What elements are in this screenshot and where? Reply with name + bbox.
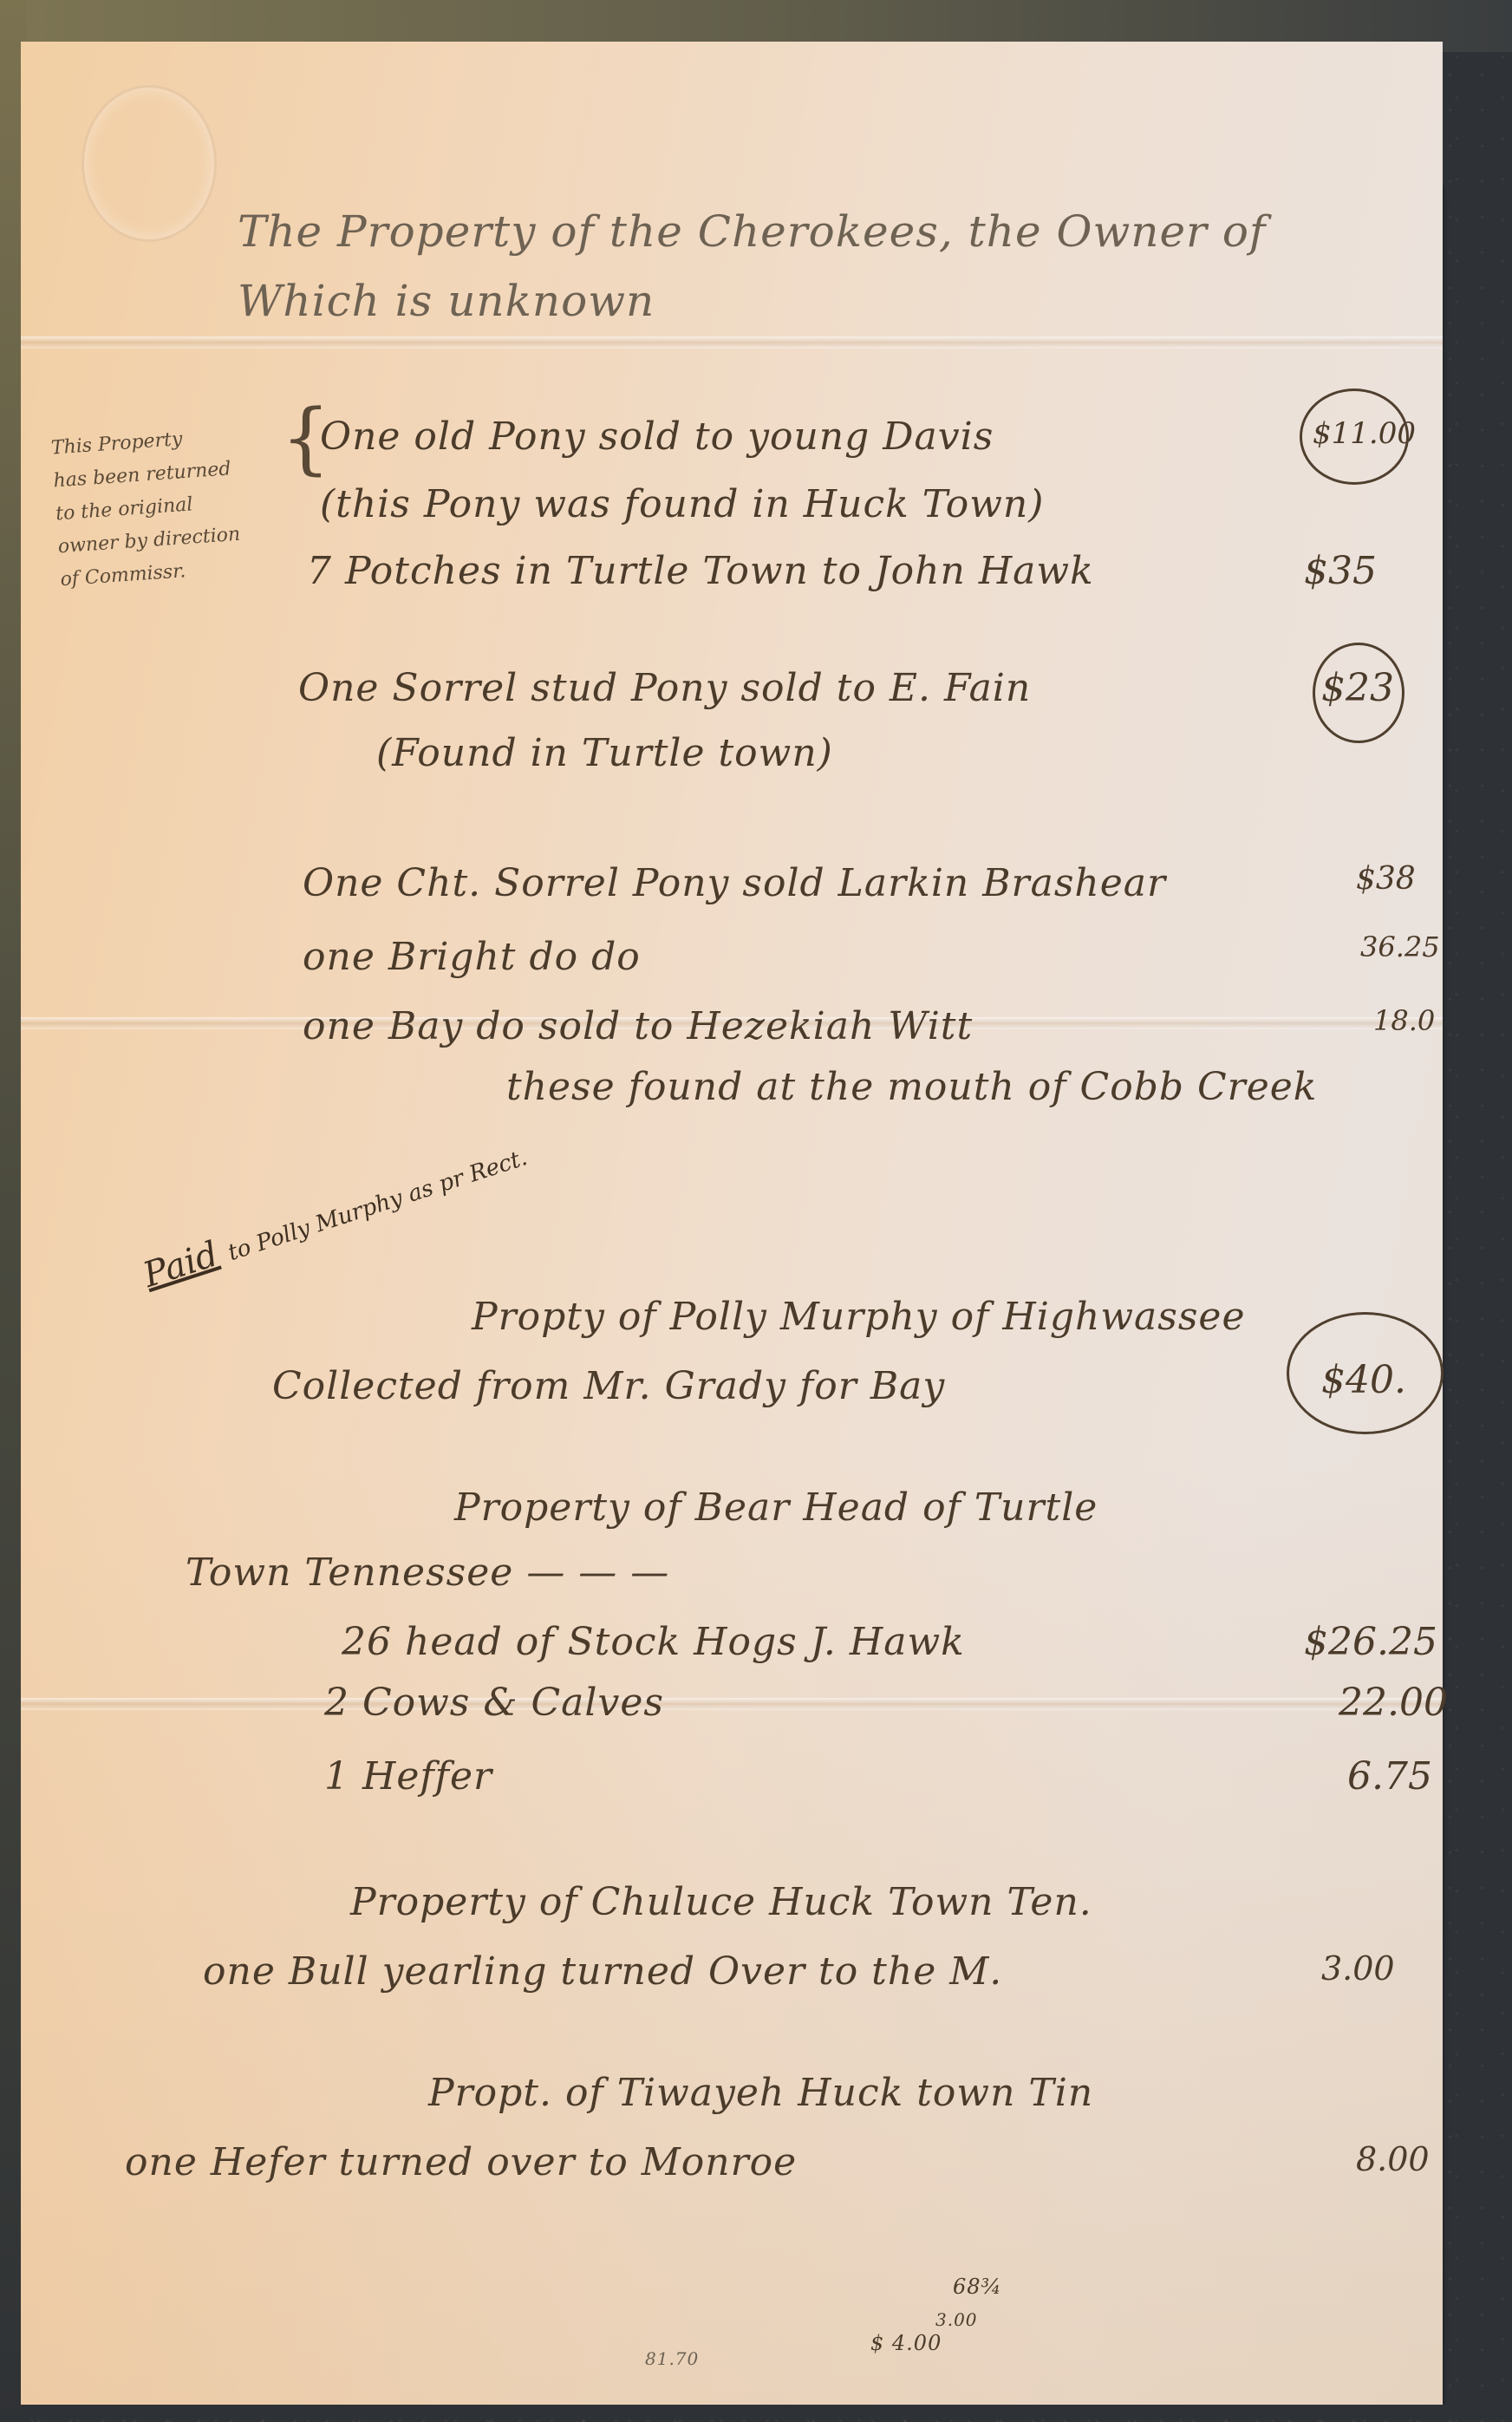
amount-circle: [1313, 643, 1404, 743]
entry-text: one Bright do do: [303, 935, 641, 979]
section-heading: Town Tennessee — — —: [186, 1550, 669, 1595]
entry-text: 7 Potches in Turtle Town to John Hawk: [307, 549, 1094, 593]
entry-text: Propty of Polly Murphy of Highwassee: [472, 1295, 1246, 1339]
entry-amount: 36.25: [1360, 930, 1440, 963]
entry-text: One old Pony sold to young Davis: [320, 415, 994, 459]
entry-text: One Sorrel stud Pony sold to E. Fain: [298, 666, 1031, 710]
list-item: one Bull yearling turned Over to the M.: [203, 1949, 1002, 1994]
entry-amount: 8.00: [1356, 2140, 1430, 2178]
embossed-seal-icon: [81, 85, 217, 242]
entry-text: one Bay do sold to Hezekiah Witt: [303, 1004, 973, 1048]
entry-text: (Found in Turtle town): [376, 731, 833, 775]
fold-line: [21, 336, 1443, 349]
heading-line-1: The Property of the Cherokees, the Owner…: [238, 206, 1266, 257]
entry-amount: 6.75: [1347, 1754, 1432, 1799]
list-item: 26 head of Stock Hogs J. Hawk: [342, 1620, 965, 1664]
entry-amount: $26.25: [1304, 1620, 1437, 1664]
entry-amount: $35: [1304, 549, 1377, 593]
section-heading: Property of Bear Head of Turtle: [454, 1485, 1098, 1530]
list-item: 2 Cows & Calves: [324, 1681, 664, 1725]
pencil-calc-left: 81.70: [645, 2348, 699, 2369]
entry-text: Collected from Mr. Grady for Bay: [272, 1364, 945, 1408]
heading-line-2: Which is unknown: [238, 276, 655, 326]
entry-amount: 18.0: [1373, 1004, 1435, 1037]
list-item: 1 Heffer: [324, 1754, 492, 1799]
entry-amount: 22.00: [1339, 1681, 1448, 1725]
paid-annotation: Paid to Polly Murphy as pr Rect.: [139, 1134, 531, 1296]
entry-text: One Cht. Sorrel Pony sold Larkin Brashea…: [303, 861, 1166, 905]
pencil-calc-mid: 3.00: [935, 2309, 978, 2330]
list-item: one Hefer turned over to Monroe: [125, 2140, 797, 2184]
entry-amount: 3.00: [1321, 1949, 1395, 1988]
document-sheet: The Property of the Cherokees, the Owner…: [21, 42, 1443, 2405]
pencil-calc-bottom: $ 4.00: [870, 2331, 942, 2355]
entry-text: these found at the mouth of Cobb Creek: [506, 1065, 1317, 1109]
amount-circle: [1287, 1312, 1444, 1434]
entry-amount: $38: [1356, 861, 1416, 897]
pencil-calc-top: 68¾: [953, 2275, 1002, 2299]
amount-circle: [1300, 388, 1409, 485]
section-heading: Property of Chuluce Huck Town Ten.: [350, 1880, 1092, 1924]
section-heading: Propt. of Tiwayeh Huck town Tin: [428, 2071, 1093, 2115]
entry-text: (this Pony was found in Huck Town): [320, 482, 1044, 526]
fold-line: [21, 1698, 1443, 1710]
